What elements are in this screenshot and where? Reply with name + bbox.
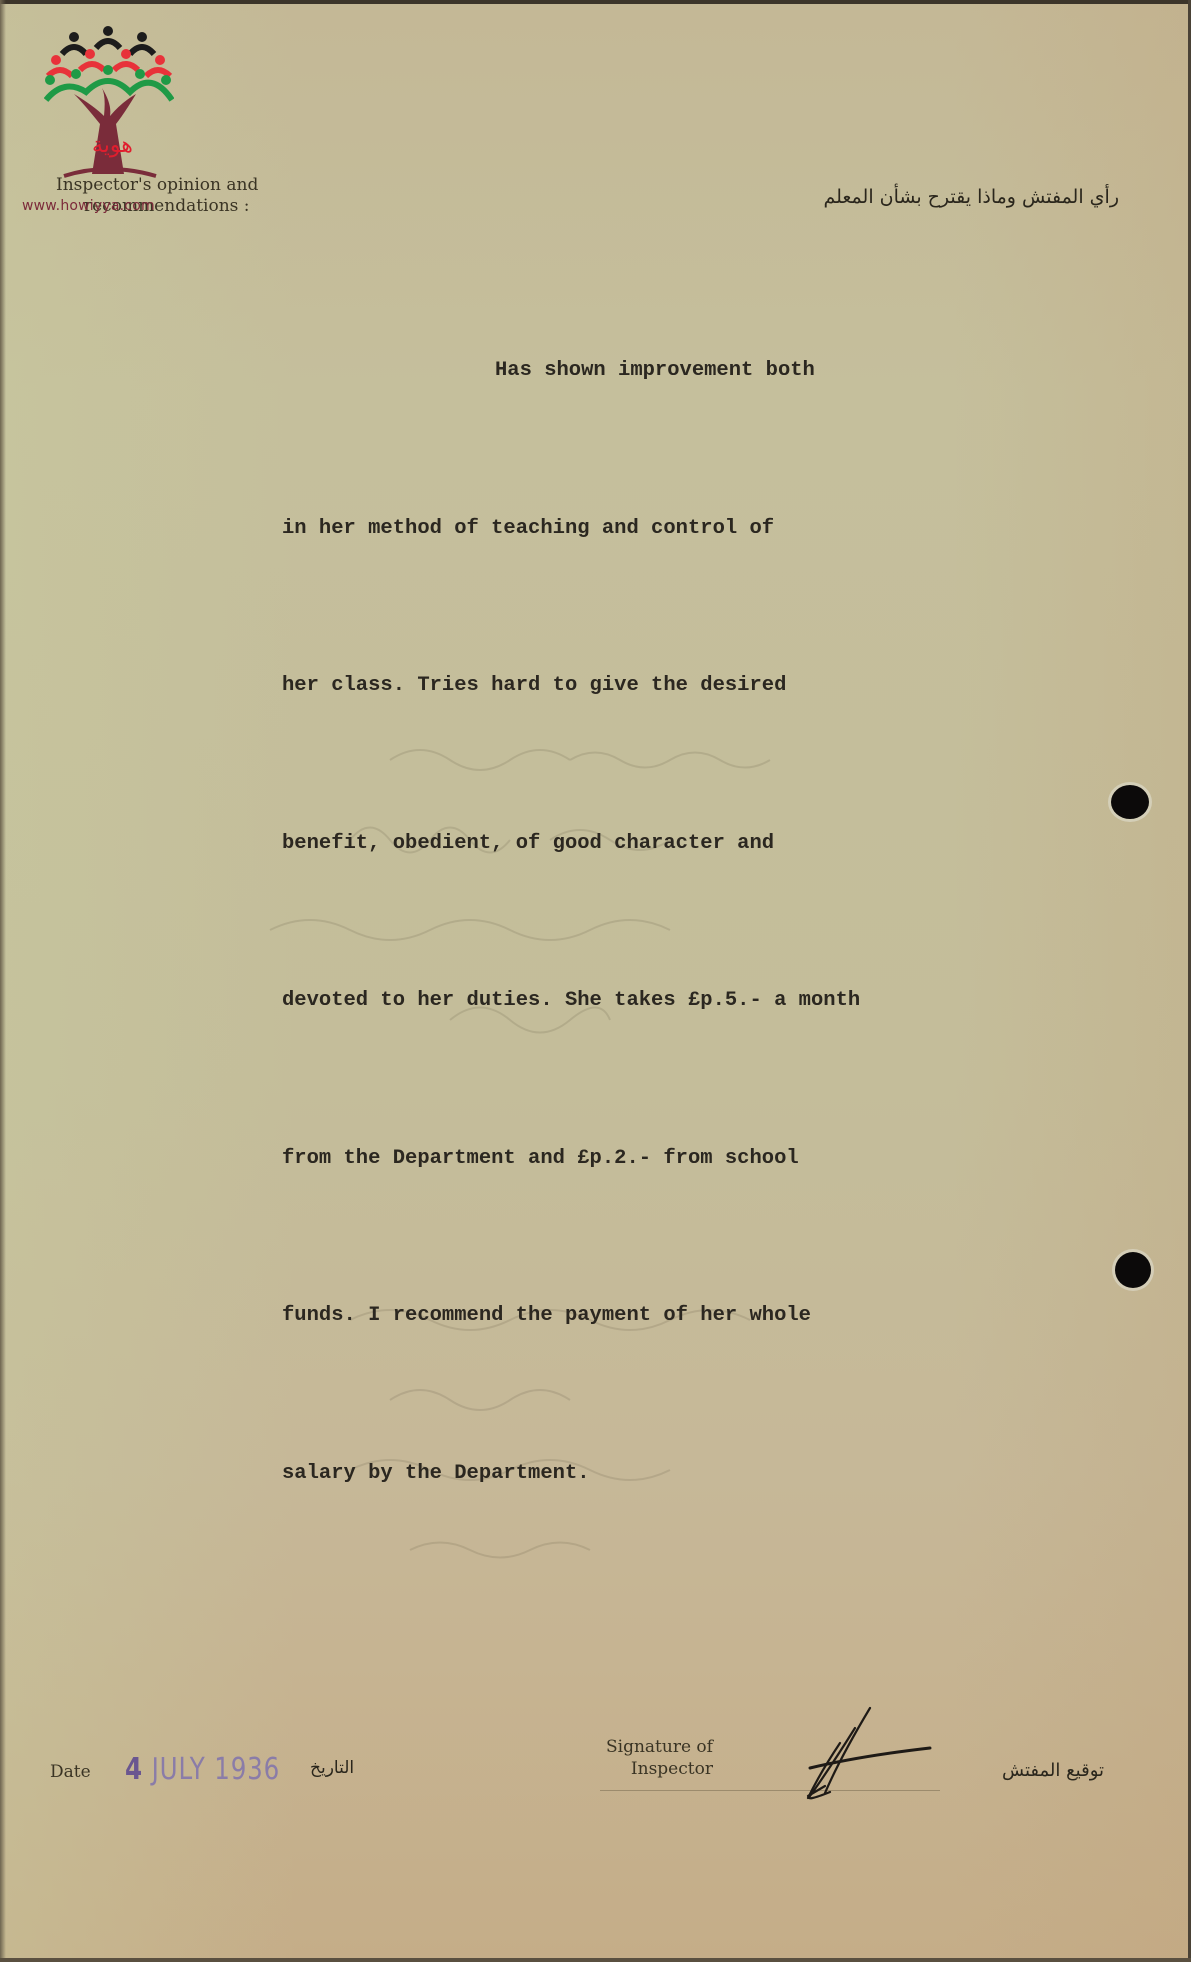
document-page: هوية Inspector's opinion and recommendat… bbox=[0, 0, 1191, 1962]
signature-label-line2: Inspector bbox=[606, 1758, 713, 1780]
report-line: funds. I recommend the payment of her wh… bbox=[282, 1290, 1042, 1343]
report-line: her class. Tries hard to give the desire… bbox=[282, 660, 1042, 713]
page-left-edge bbox=[0, 0, 6, 1962]
date-label-en: Date bbox=[50, 1762, 91, 1782]
report-line: in her method of teaching and control of bbox=[282, 503, 1042, 556]
page-top-edge bbox=[0, 0, 1191, 4]
typed-report: Has shown improvement both in her method… bbox=[282, 240, 1042, 1605]
signature-label-line1: Signature of bbox=[606, 1736, 713, 1758]
date-stamp-month-year: JULY 1936 bbox=[152, 1752, 281, 1787]
opinion-label-line1: Inspector's opinion and bbox=[56, 175, 258, 195]
handwritten-signature-icon bbox=[780, 1698, 940, 1808]
opinion-label-ar: رأي المفتش وماذا يقترح بشأن المعلم bbox=[823, 186, 1119, 208]
date-stamp: 4 JULY 1936 bbox=[125, 1752, 280, 1787]
punch-hole bbox=[1111, 785, 1149, 819]
report-line: benefit, obedient, of good character and bbox=[282, 818, 1042, 871]
signature-label-en: Signature of Inspector bbox=[606, 1736, 713, 1780]
howiyya-logo-icon: هوية bbox=[44, 24, 174, 184]
signature-label-ar: توقيع المفتش bbox=[1002, 1760, 1104, 1781]
date-label-ar: التاريخ bbox=[310, 1758, 354, 1778]
report-line: Has shown improvement both bbox=[282, 345, 1042, 398]
watermark-url: www.howiyya.com bbox=[22, 198, 155, 214]
svg-text:هوية: هوية bbox=[92, 133, 133, 158]
report-line: salary by the Department. bbox=[282, 1448, 1042, 1501]
date-stamp-day: 4 bbox=[125, 1752, 143, 1787]
punch-hole bbox=[1115, 1252, 1151, 1288]
page-bottom-edge bbox=[0, 1958, 1191, 1962]
report-line: devoted to her duties. She takes £p.5.- … bbox=[282, 975, 1042, 1028]
report-line: from the Department and £p.2.- from scho… bbox=[282, 1133, 1042, 1186]
